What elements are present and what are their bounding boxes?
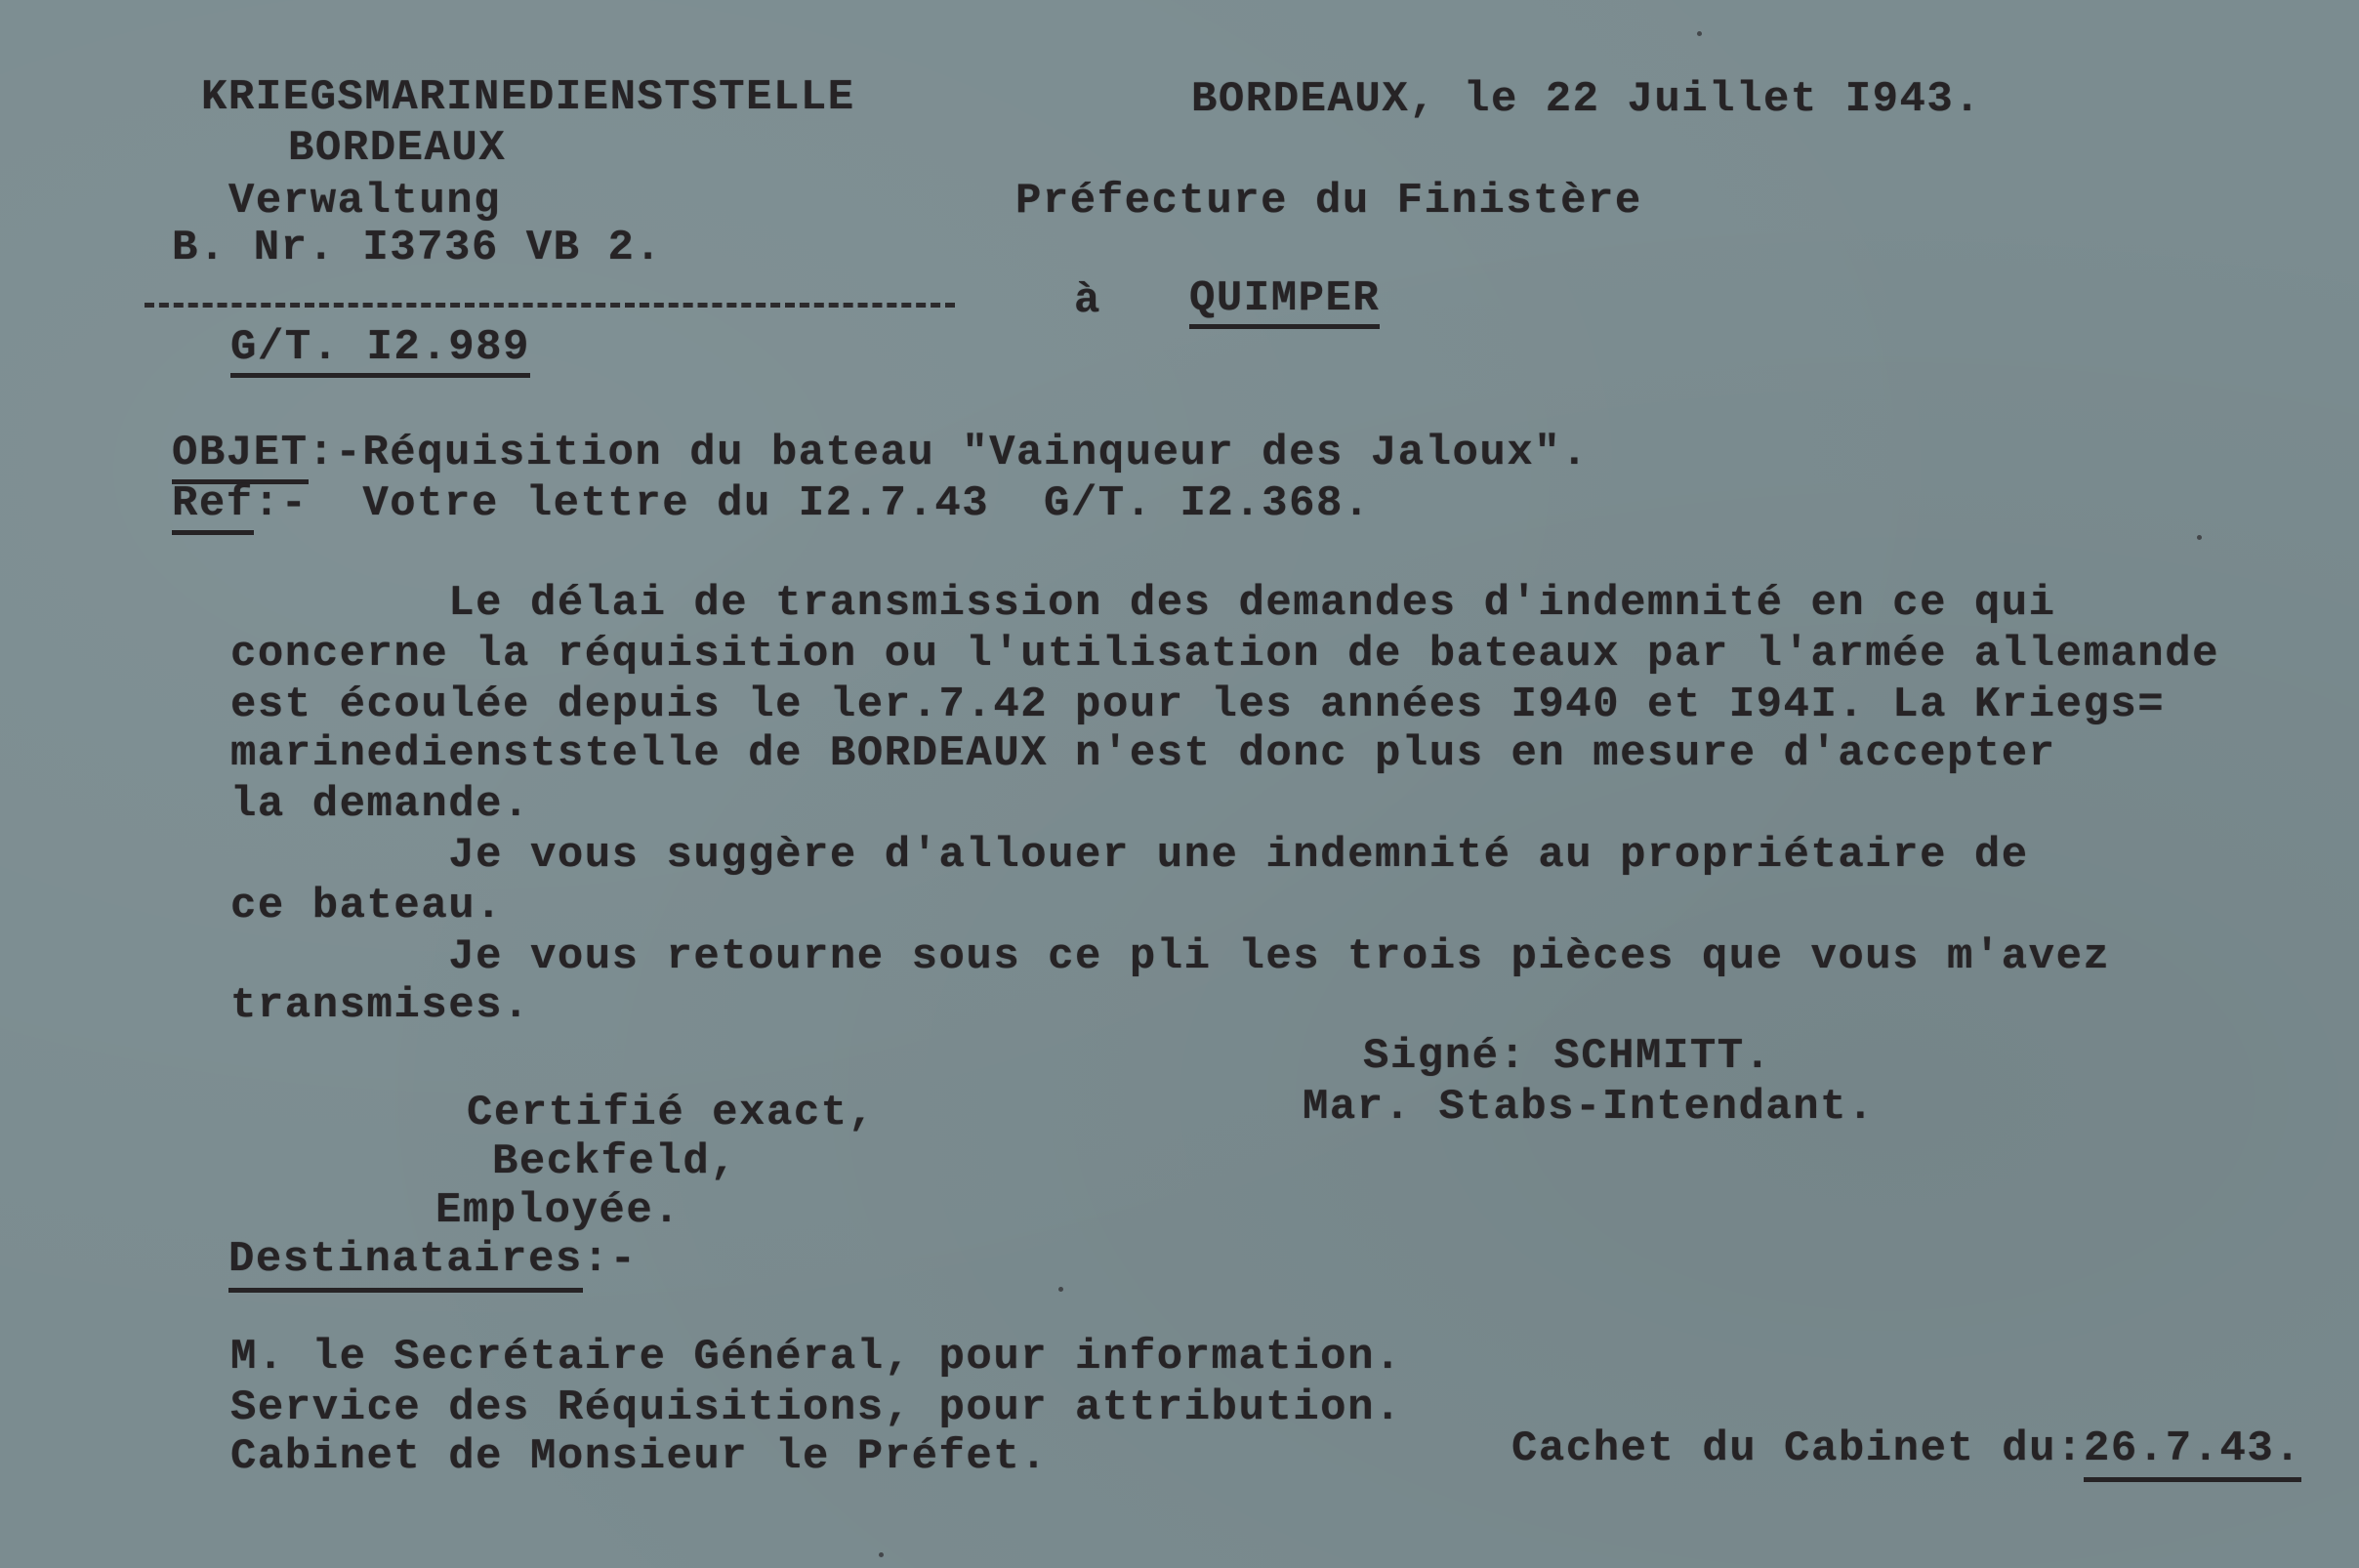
distribution-item: M. le Secrétaire Général, pour informati…	[230, 1336, 1402, 1379]
dateline: BORDEAUX, le 22 Juillet I943.	[1191, 78, 1981, 121]
distribution-item: Service des Réquisitions, pour attributi…	[230, 1386, 1402, 1429]
distribution-label: Destinataires	[228, 1235, 583, 1293]
recipient-prefix: à	[1074, 279, 1101, 322]
signature-title: Mar. Stabs-Intendant.	[1303, 1086, 1875, 1129]
stamp-text: Cachet du Cabinet du:	[1511, 1424, 2084, 1473]
certification-role: Employée.	[435, 1189, 681, 1232]
signature-signed: Signé: SCHMITT.	[1363, 1035, 1772, 1078]
subject-label: OBJET	[172, 429, 309, 484]
body-line: la demande.	[230, 783, 530, 826]
subject-text: :-Réquisition du bateau "Vainqueur des J…	[309, 429, 1590, 477]
body-line: Je vous suggère d'allouer une indemnité …	[230, 834, 2029, 877]
body-line: marinedienststelle de BORDEAUX n'est don…	[230, 732, 2056, 775]
recipient-city: QUIMPER	[1189, 277, 1380, 329]
reference-text: :- Votre lettre du I2.7.43 G/T. I2.368.	[254, 479, 1371, 528]
body-line: est écoulée depuis le ler.7.42 pour les …	[230, 683, 2165, 726]
sender-office: KRIEGSMARINEDIENSTSTELLE	[201, 76, 855, 119]
ink-speck	[1058, 1287, 1063, 1292]
body-line: transmises.	[230, 984, 530, 1027]
reference-line: Ref:- Votre lettre du I2.7.43 G/T. I2.36…	[172, 482, 1371, 525]
ink-speck	[879, 1552, 884, 1557]
reference-label: Ref	[172, 479, 254, 535]
distribution-suffix: :-	[583, 1235, 638, 1284]
body-line: Le délai de transmission des demandes d'…	[230, 582, 2056, 625]
body-line: concerne la réquisition ou l'utilisation…	[230, 633, 2219, 676]
sender-city: BORDEAUX	[288, 127, 506, 170]
certification-name: Beckfeld,	[492, 1140, 737, 1183]
sender-reference: B. Nr. I3736 VB 2.	[172, 227, 662, 269]
ink-speck	[2197, 535, 2202, 540]
subject-line: OBJET:-Réquisition du bateau "Vainqueur …	[172, 432, 1589, 475]
sender-department: Verwaltung	[228, 180, 501, 223]
ink-speck	[1697, 31, 1702, 36]
stamp-line: Cachet du Cabinet du:26.7.43.	[1511, 1427, 2301, 1470]
separator-line	[145, 303, 955, 308]
certification-line: Certifié exact,	[467, 1092, 876, 1135]
file-reference: G/T. I2.989	[230, 326, 530, 378]
body-line: ce bateau.	[230, 885, 503, 928]
stamp-date: 26.7.43.	[2084, 1424, 2301, 1482]
body-line: Je vous retourne sous ce pli les trois p…	[230, 935, 2110, 978]
distribution-heading: Destinataires:-	[228, 1238, 638, 1281]
typewritten-letter: KRIEGSMARINEDIENSTSTELLE BORDEAUX Verwal…	[0, 0, 2359, 1568]
recipient-name: Préfecture du Finistère	[1015, 180, 1642, 223]
distribution-item: Cabinet de Monsieur le Préfet.	[230, 1435, 1048, 1478]
